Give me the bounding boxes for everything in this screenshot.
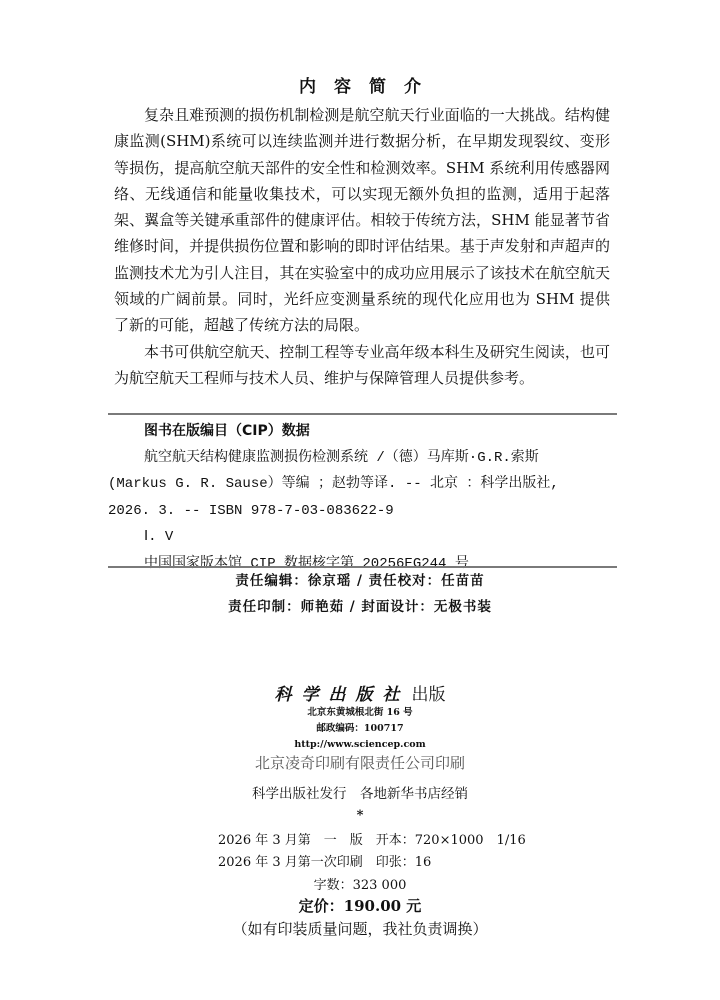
- word-count: 字数：323 000: [0, 874, 720, 893]
- printing-line: 2026 年 3 月第一次印刷 印张：16: [218, 852, 526, 874]
- cip-isbn-line: 2026. 3. -- ISBN 978-7-03-083622-9: [108, 498, 617, 525]
- cip-editor-line: (Markus G. R. Sause）等编 ；赵勃等译. -- 北京 ：科学出…: [108, 471, 617, 498]
- cip-block: 图书在版编目（CIP）数据 航空航天结构健康监测损伤检测系统 /（德）马库斯·G…: [108, 418, 617, 577]
- cip-heading: 图书在版编目（CIP）数据: [108, 418, 617, 445]
- cip-top-rule: [108, 413, 617, 415]
- distribution: 科学出版社发行 各地新华书店经销: [0, 782, 720, 802]
- publisher-block: 科学出版社出版 北京东黄城根北街 16 号 邮政编码：100717 http:/…: [0, 680, 720, 753]
- publisher-suffix: 出版: [412, 685, 446, 705]
- publisher-postcode: 邮政编码：100717: [0, 721, 720, 737]
- quality-notice: （如有印装质量问题，我社负责调换）: [0, 918, 720, 939]
- cip-title-line: 航空航天结构健康监测损伤检测系统 /（德）马库斯·G.R.索斯: [108, 445, 617, 472]
- edition-line: 2026 年 3 月第 一 版 开本：720×1000 1/16: [218, 830, 526, 852]
- publisher-url: http://www.sciencep.com: [0, 737, 720, 753]
- abstract-paragraph: 复杂且难预测的损伤机制检测是航空航天行业面临的一大挑战。结构健康监测(SHM)系…: [114, 102, 610, 339]
- credits: 责任编辑：徐京瑶 / 责任校对：任苗苗 责任印制：师艳茹 / 封面设计：无极书装: [0, 568, 720, 620]
- abstract-paragraph: 本书可供航空航天、控制工程等专业高年级本科生及研究生阅读，也可为航空航天工程师与…: [114, 339, 610, 392]
- price: 定价：190.00 元: [0, 895, 720, 916]
- copyright-page: 内容简介 复杂且难预测的损伤机制检测是航空航天行业面临的一大挑战。结构健康监测(…: [0, 0, 720, 1000]
- publisher-logo-name: 科学出版社: [275, 685, 410, 705]
- credits-production: 责任印制：师艳茹 / 封面设计：无极书装: [0, 594, 720, 620]
- abstract-title: 内容简介: [0, 72, 720, 97]
- abstract-body: 复杂且难预测的损伤机制检测是航空航天行业面临的一大挑战。结构健康监测(SHM)系…: [114, 102, 610, 391]
- separator-star: *: [0, 808, 720, 823]
- printer: 北京凌奇印刷有限责任公司印刷: [0, 752, 720, 773]
- credits-editors: 责任编辑：徐京瑶 / 责任校对：任苗苗: [0, 568, 720, 594]
- publisher-address: 北京东黄城根北街 16 号: [0, 705, 720, 721]
- cip-classification: Ⅰ. V: [108, 524, 617, 551]
- edition-specs: 2026 年 3 月第 一 版 开本：720×1000 1/162026 年 3…: [218, 830, 526, 874]
